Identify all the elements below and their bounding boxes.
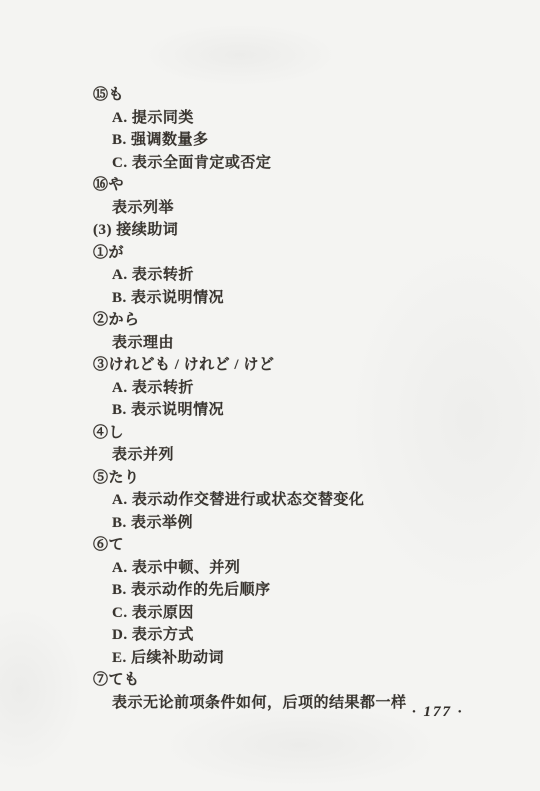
content-line: ③けれども / けれど / けど bbox=[93, 354, 407, 377]
content-line: B. 表示说明情况 bbox=[93, 399, 407, 422]
content-line: C. 表示全面肯定或否定 bbox=[93, 152, 407, 175]
content-line: A. 提示同类 bbox=[93, 107, 407, 130]
content-line: A. 表示转折 bbox=[93, 377, 407, 400]
content-line: B. 强调数量多 bbox=[93, 129, 407, 152]
content-line: ①が bbox=[93, 242, 407, 265]
content-line: D. 表示方式 bbox=[93, 624, 407, 647]
content-line: 表示并列 bbox=[93, 444, 407, 467]
page-number: · 177 · bbox=[412, 704, 464, 721]
content-line: B. 表示说明情况 bbox=[93, 287, 407, 310]
content-line: ⑯や bbox=[93, 174, 407, 197]
content-line: A. 表示中顿、并列 bbox=[93, 557, 407, 580]
content-line: C. 表示原因 bbox=[93, 602, 407, 625]
content-line: (3) 接续助词 bbox=[93, 219, 407, 242]
content-line: ⑮も bbox=[93, 84, 407, 107]
scanned-book-page: ⑮もA. 提示同类B. 强调数量多C. 表示全面肯定或否定⑯や表示列举(3) 接… bbox=[0, 0, 540, 791]
content-line: A. 表示转折 bbox=[93, 264, 407, 287]
content-line: ②から bbox=[93, 309, 407, 332]
content-line: E. 后续补助动词 bbox=[93, 647, 407, 670]
content-line: ⑥て bbox=[93, 534, 407, 557]
content-line: B. 表示动作的先后顺序 bbox=[93, 579, 407, 602]
content-line: 表示理由 bbox=[93, 332, 407, 355]
content-line: 表示列举 bbox=[93, 197, 407, 220]
content-line: B. 表示举例 bbox=[93, 512, 407, 535]
page-content: ⑮もA. 提示同类B. 强调数量多C. 表示全面肯定或否定⑯や表示列举(3) 接… bbox=[93, 84, 407, 714]
content-line: 表示无论前项条件如何，后项的结果都一样 bbox=[93, 692, 407, 715]
content-line: ⑤たり bbox=[93, 467, 407, 490]
content-line: ⑦ても bbox=[93, 669, 407, 692]
content-line: A. 表示动作交替进行或状态交替变化 bbox=[93, 489, 407, 512]
content-line: ④し bbox=[93, 422, 407, 445]
